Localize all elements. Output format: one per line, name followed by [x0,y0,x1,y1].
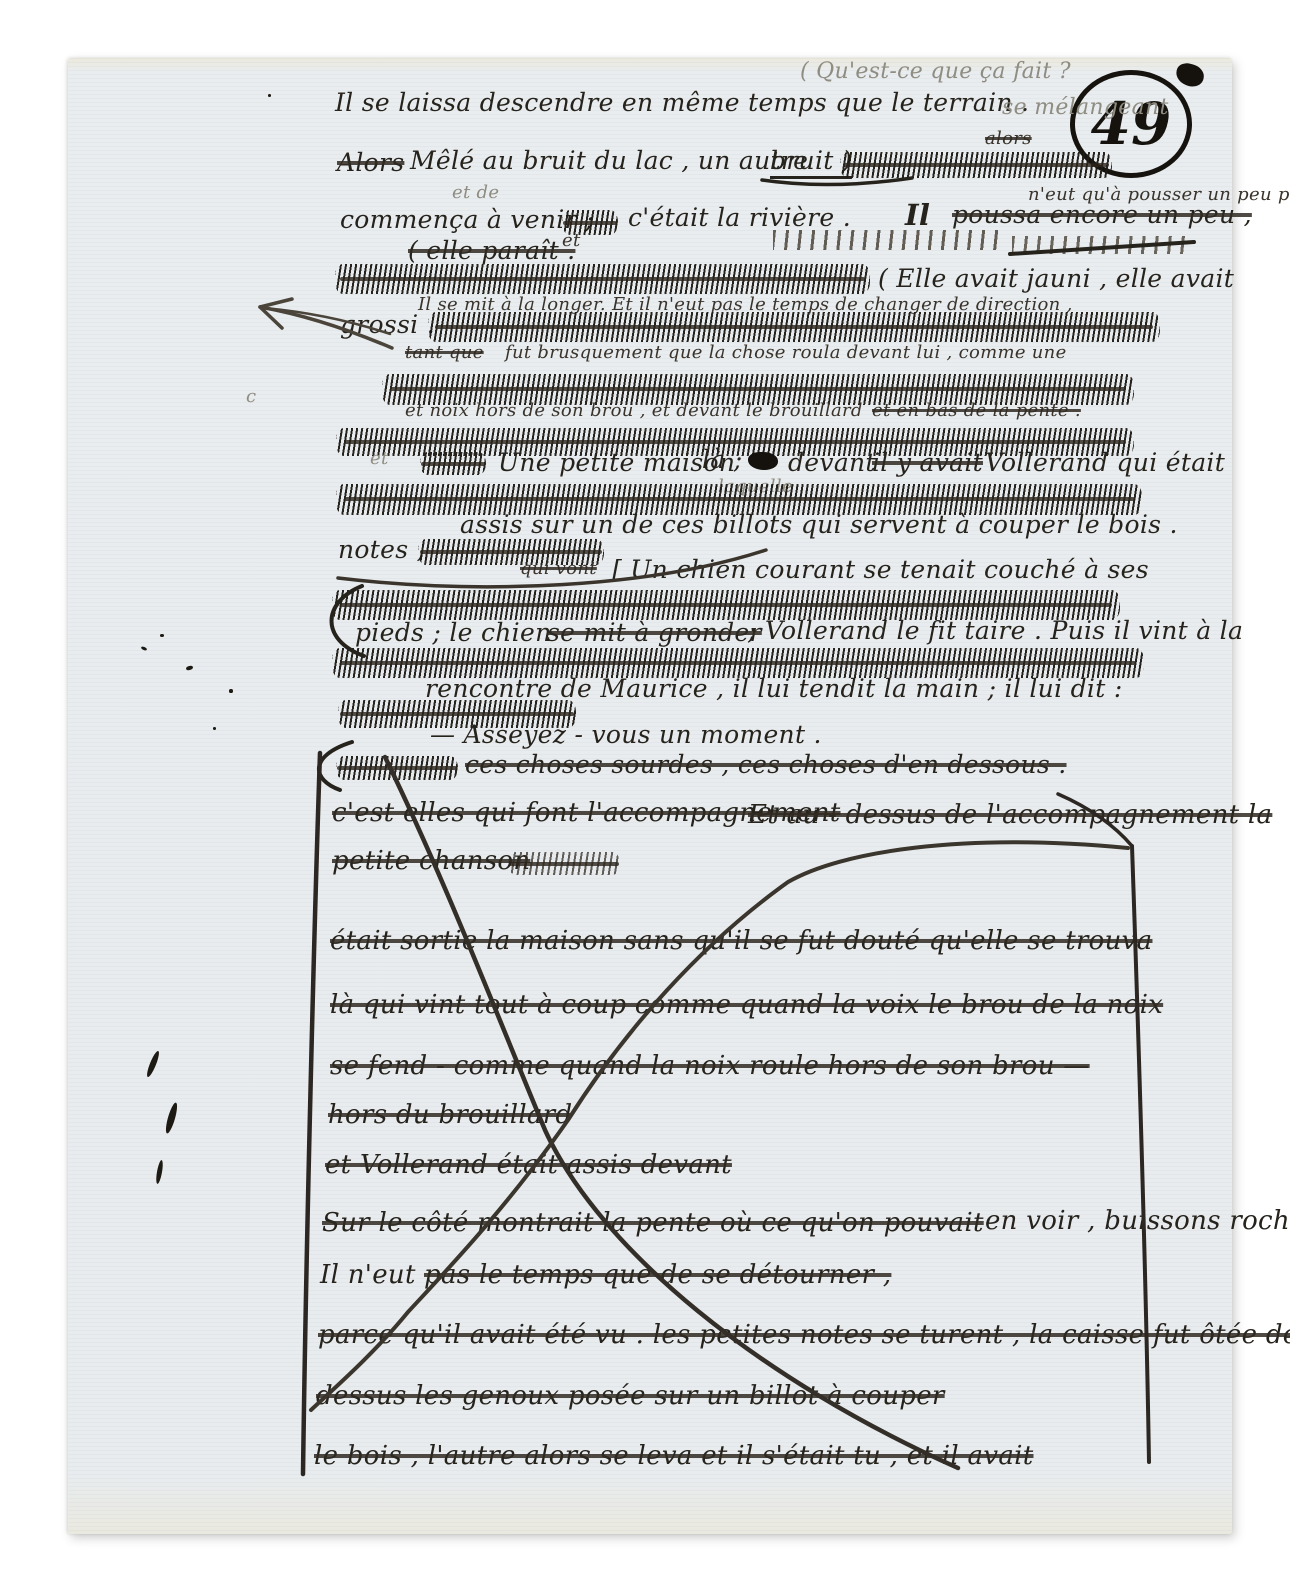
manuscript-line: Vollerand qui était [985,450,1225,476]
manuscript-line: c'était la rivière . [628,205,851,231]
ink-speck [268,94,271,97]
crossed-block-line: était sortie la maison sans qu'il se fut… [330,928,1152,955]
pencil-mark: c [246,388,256,407]
hatch-marks [1012,236,1188,254]
crossed-block-line: le bois , l'autre alors se leva et il s'… [314,1443,1034,1470]
scribbled-out-text [336,756,458,780]
struck-text: il y avait [872,450,983,476]
struck-word: Alors [337,150,404,176]
pencil-annotation: et de [452,184,499,203]
interline-addition: fut brusquement que la chose roula devan… [505,344,1067,363]
ink-speck [160,634,164,637]
struck-word: alors [985,130,1032,149]
crossed-block-line: Et au - dessus de l'accompagnement la [748,802,1272,829]
manuscript-line: [ Un chien courant se tenait couché à se… [612,557,1149,583]
crossed-block-line: pas le temps que de se détourner , [424,1262,891,1289]
struck-text: et en bas de la pente . [872,402,1081,421]
crossed-block-line: se fend - comme quand la noix roule hors… [330,1053,1090,1080]
ink-speck [213,727,216,730]
pencil-annotation: ( Qu'est-ce que ça fait ? [800,60,1071,83]
manuscript-line: rencontre de Maurice , il lui tendit la … [425,676,1123,702]
pencil-annotation: et [370,450,389,469]
scribbled-out-text [840,152,1112,178]
crossed-block-line: là qui vint tout à coup comme quand la v… [330,992,1163,1019]
manuscript-line: notes , [338,537,425,563]
interline-addition: et noix hors de son brou , et devant le … [405,402,863,421]
manuscript-line: là ; [702,447,742,473]
scribbled-out-text [508,852,620,875]
manuscript-line: ( Elle avait jauni , elle avait [878,266,1234,292]
manuscript-scan: 49 ( Qu'est-ce que ça fait ? Il se laiss… [0,0,1290,1590]
scribbled-out-text [420,452,486,475]
scribbled-out-text [428,312,1160,342]
crossed-block-line: hors du brouillard [328,1102,572,1129]
manuscript-line: pieds ; le chien [355,620,551,646]
struck-text: ( elle paraît . [408,238,575,264]
ink-speck [229,689,233,693]
crossed-block-line: Sur le côté montrait la pente où ce qu'o… [322,1210,984,1237]
pencil-annotation: se mélangeant [1002,96,1169,119]
manuscript-line: — Asseyez - vous un moment . [430,722,822,748]
struck-word: qui vont [520,560,597,579]
interline-addition: et [562,232,581,251]
manuscript-line: commença à venir ; [340,207,594,233]
manuscript-line: grossi . [340,312,435,338]
hatch-marks [773,230,1005,250]
manuscript-line: Il se laissa descendre en même temps que… [335,90,1029,116]
manuscript-line: en voir , buissons rochers [985,1208,1290,1235]
scribbled-out-text [335,264,870,294]
manuscript-line: assis sur un de ces billots qui servent … [460,512,1178,538]
inserted-word: Il [905,200,930,230]
manuscript-line: Il n'eut [320,1262,416,1289]
struck-text: se mit à gronder [547,620,762,646]
ink-blot [748,452,778,470]
manuscript-line: Une petite maison [498,450,735,476]
struck-text: poussa encore un peu , [952,202,1252,228]
struck-word: tant que [405,344,484,363]
crossed-block-line: petite chanson [332,848,530,875]
manuscript-line: ; Vollerand le fit taire . Puis il vint … [748,618,1243,644]
crossed-block-line: parce qu'il avait été vu . les petites n… [318,1322,1290,1349]
manuscript-line: devant [788,450,876,476]
crossed-block-line: et Vollerand était assis devant [325,1152,732,1179]
struck-text: ces choses sourdes , ces choses d'en des… [465,752,1067,778]
manuscript-line: Mêlé au bruit du lac , un autre [410,148,808,174]
crossed-block-line: dessus les genoux posée sur un billot à … [316,1383,945,1410]
